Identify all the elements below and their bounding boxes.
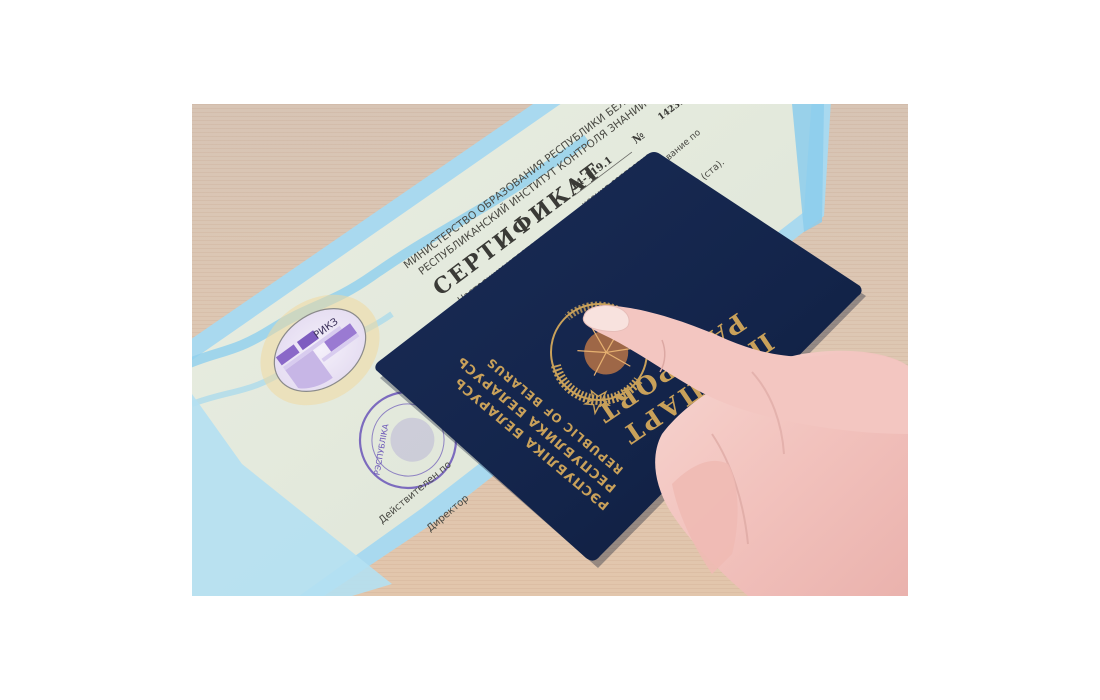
scene-illustration: МИНИСТЕРСТВО ОБРАЗОВАНИЯ РЕСПУБЛИКИ БЕЛА… [192,104,908,596]
photo: МИНИСТЕРСТВО ОБРАЗОВАНИЯ РЕСПУБЛИКИ БЕЛА… [192,104,908,596]
